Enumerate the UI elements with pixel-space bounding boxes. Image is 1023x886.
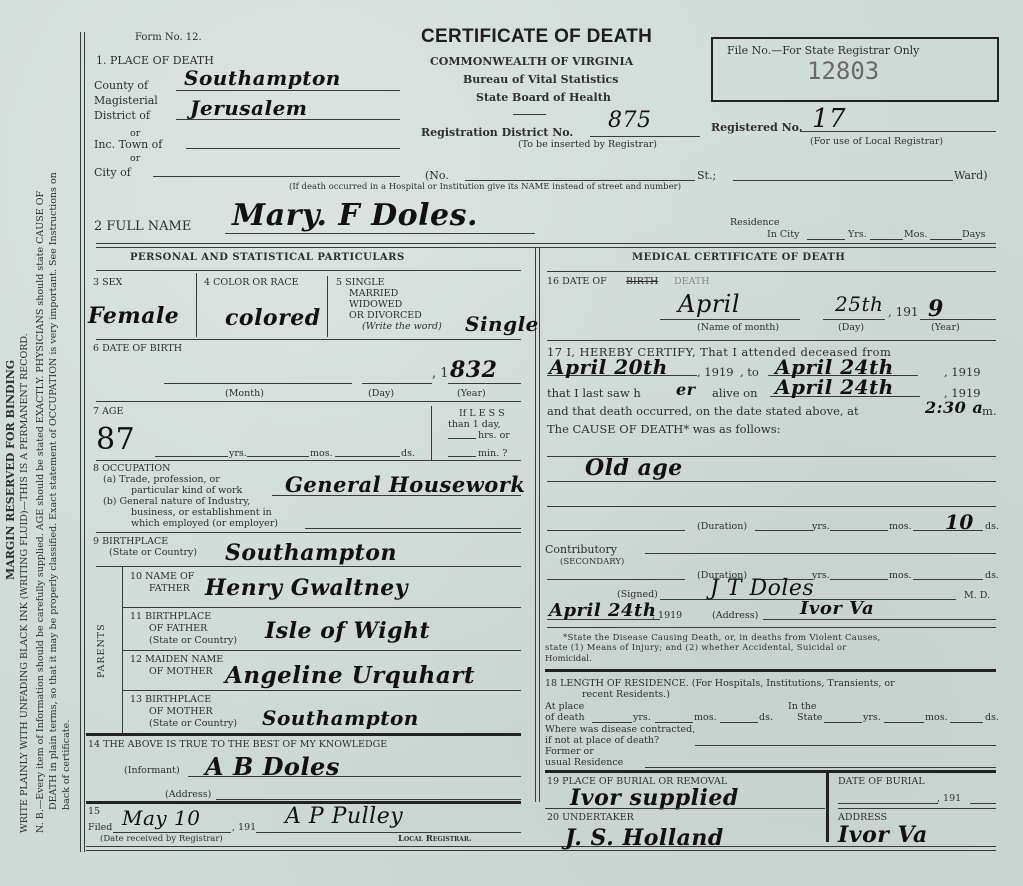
district-label: District of	[94, 110, 150, 122]
at-place-mos-line	[655, 722, 693, 723]
rule-below-name	[96, 243, 996, 244]
burial-date-label: DATE OF BURIAL	[838, 777, 925, 787]
footnote-line-2: state (1) Means of Injury; and (2) wheth…	[545, 644, 847, 653]
at-place-yrs-line	[592, 722, 632, 723]
signed-label: (Signed)	[617, 590, 658, 600]
mother-label-2: OF MOTHER	[149, 667, 213, 677]
age-mos-label: mos.	[310, 449, 333, 459]
border-left-outer	[80, 32, 81, 852]
secondary-ds-line	[913, 579, 983, 580]
residence-label: Residence	[730, 218, 779, 228]
signed-date-value[interactable]: April 24th	[549, 600, 656, 621]
occupation-a-2: particular kind of work	[131, 486, 242, 496]
filed-label: Filed	[88, 823, 112, 833]
residence-title-2: recent Residents.)	[582, 690, 670, 700]
duration-mos: mos.	[889, 522, 912, 532]
former-residence-2: usual Residence	[545, 758, 623, 768]
burial-date-line	[838, 803, 938, 804]
age-yrs-line	[155, 456, 228, 457]
registered-note: (For use of Local Registrar)	[810, 137, 943, 147]
reg-district-line	[590, 136, 700, 137]
reg-district-note: (To be inserted by Registrar)	[518, 140, 657, 150]
less-min-line	[448, 456, 476, 457]
dod-label: 16 DATE OF	[547, 277, 607, 287]
rule-above-footnote	[547, 627, 996, 628]
margin-nb-line1: N. B.—Every item of Information should b…	[35, 191, 46, 833]
magisterial-label: Magisterial	[94, 95, 158, 107]
father-label-2: FATHER	[149, 584, 190, 594]
dob-year-line	[448, 383, 521, 384]
rule-below-name-2	[96, 247, 996, 248]
less-than-4: min. ?	[478, 449, 507, 459]
filed-caption: (Date received by Registrar)	[100, 835, 223, 844]
in-state-ds: ds.	[985, 713, 999, 723]
age-less-divider	[431, 406, 432, 460]
burial-year-line	[970, 803, 996, 804]
md-label: M. D.	[964, 591, 990, 601]
residence-mos-label: Mos.	[904, 230, 927, 240]
dob-month-line	[164, 383, 352, 384]
death-time-value[interactable]: 2:30 a	[925, 398, 983, 417]
physician-address-line	[763, 619, 996, 620]
last-saw-date[interactable]: April 24th	[775, 375, 894, 399]
color-marital-divider	[327, 276, 328, 337]
informant-label: (Informant)	[124, 766, 180, 776]
attended-from-value[interactable]: April 20th	[549, 355, 668, 379]
at-place-ds: ds.	[759, 713, 773, 723]
death-certificate: MARGIN RESERVED FOR BINDING WRITE PLAINL…	[0, 0, 1023, 886]
ward-label: Ward)	[954, 170, 988, 182]
filed-year: , 191	[232, 823, 256, 833]
sex-label: 3 SEX	[93, 278, 122, 288]
rule-below-age	[96, 460, 521, 461]
file-number-stamp: 12803	[807, 65, 879, 77]
filed-date-line	[113, 832, 231, 833]
marital-label-3: WIDOWED	[349, 300, 402, 310]
age-mos-line	[247, 456, 309, 457]
full-name-value[interactable]: Mary. F Doles.	[232, 198, 478, 233]
hospital-note: (If death occurred in a Hospital or Inst…	[289, 183, 681, 192]
sex-value[interactable]: Female	[88, 303, 179, 329]
color-value[interactable]: colored	[225, 305, 321, 331]
full-name-label: 2 FULL NAME	[94, 221, 191, 233]
mother-bp-1: 13 BIRTHPLACE	[130, 695, 211, 705]
age-ds-line	[335, 456, 400, 457]
filed-number: 15	[88, 807, 100, 817]
former-residence-1: Former or	[545, 747, 594, 757]
informant-value[interactable]: A B Doles	[205, 752, 340, 781]
to-label: , to	[740, 366, 759, 378]
mother-birthplace-value[interactable]: Southampton	[262, 706, 419, 730]
in-state-mos: mos.	[925, 713, 948, 723]
informant-address-line	[216, 799, 521, 800]
father-bp-1: 11 BIRTHPLACE	[130, 612, 211, 622]
residence-mos-line	[870, 239, 903, 240]
at-place-mos: mos.	[694, 713, 717, 723]
street-label: St.;	[697, 170, 716, 182]
residence-title-1: 18 LENGTH OF RESIDENCE. (For Hospitals, …	[545, 679, 895, 689]
registered-no-value[interactable]: 17	[812, 104, 846, 134]
residence-days-label: Days	[962, 230, 986, 240]
duration-cause-line	[547, 530, 685, 531]
contributory-line	[645, 553, 996, 554]
undertaker-address-value[interactable]: Ivor Va	[838, 822, 928, 848]
rule-below-burial-date	[838, 808, 996, 809]
death-time-m: m.	[982, 405, 997, 417]
registered-no-label: Registered No.	[711, 122, 803, 134]
rule-below-dob	[96, 401, 521, 402]
marital-label-2: MARRIED	[349, 289, 398, 299]
footnote-line-1: *State the Disease Causing Death, or, in…	[563, 634, 881, 643]
form-number: Form No. 12.	[135, 32, 202, 44]
at-place-label-2: of death	[545, 713, 585, 723]
secondary-ds: ds.	[985, 571, 999, 581]
rule-below-father	[122, 607, 521, 608]
occupation-a-1: (a) Trade, profession, or	[103, 475, 220, 485]
dod-year-value[interactable]: 9	[928, 296, 944, 322]
medical-section-title: MEDICAL CERTIFICATE OF DEATH	[632, 252, 845, 264]
rule-below-birthplace	[96, 566, 521, 567]
physician-address-value[interactable]: Ivor Va	[800, 598, 874, 619]
undertaker-label: 20 UNDERTAKER	[547, 813, 634, 823]
in-state-yrs-line	[824, 722, 862, 723]
father-bp-2: OF FATHER	[149, 624, 207, 634]
county-label: County of	[94, 80, 148, 92]
true-knowledge-label: 14 THE ABOVE IS TRUE TO THE BEST OF MY K…	[88, 740, 387, 750]
birthplace-value[interactable]: Southampton	[225, 540, 397, 566]
birthplace-sub: (State or Country)	[109, 548, 197, 558]
parents-divider	[122, 566, 123, 736]
dod-month-caption: (Name of month)	[697, 323, 779, 333]
at-place-yrs: yrs.	[633, 713, 651, 723]
less-hrs-line	[448, 438, 476, 439]
mother-name-value[interactable]: Angeline Urquhart	[225, 662, 475, 689]
attended-to-year: , 1919	[944, 366, 981, 378]
dod-day-line	[823, 319, 885, 320]
birthplace-label: 9 BIRTHPLACE	[93, 537, 168, 547]
rule-below-mother	[122, 690, 521, 691]
burial-place-line	[545, 808, 825, 809]
mother-bp-3: (State or Country)	[149, 719, 237, 729]
contracted-label-1: Where was disease contracted,	[545, 725, 695, 735]
rule-below-father-bp	[122, 650, 521, 651]
margin-binding-text: MARGIN RESERVED FOR BINDING	[4, 360, 17, 580]
occupation-b-3: which employed (or employer)	[131, 519, 278, 529]
marital-label-1: 5 SINGLE	[336, 278, 384, 288]
age-yrs-label: yrs.	[229, 449, 247, 459]
former-residence-line	[645, 767, 996, 768]
registrar-line	[256, 832, 521, 833]
street-no-line	[465, 180, 695, 181]
dod-month-line	[660, 319, 800, 320]
residence-yrs-label: Yrs.	[848, 230, 867, 240]
residence-days-line	[930, 239, 962, 240]
dob-day-line	[362, 383, 432, 384]
duration-yrs-line	[755, 530, 813, 531]
burial-date-year: , 191	[937, 794, 961, 804]
duration-label: (Duration)	[697, 522, 747, 532]
age-ds-label: ds.	[401, 449, 415, 459]
cause-line-2	[547, 481, 996, 482]
dob-day-caption: (Day)	[368, 389, 394, 399]
occupation-b-line	[305, 528, 521, 529]
cause-of-death-label: The CAUSE OF DEATH* was as follows:	[547, 423, 780, 435]
center-divider-b	[539, 247, 540, 802]
county-line	[176, 90, 400, 91]
residence-yrs-line	[807, 239, 845, 240]
last-saw-pronoun[interactable]: er	[676, 380, 696, 399]
rule-above-residence	[545, 669, 996, 672]
physician-address-label: (Address)	[712, 611, 758, 621]
father-name-value[interactable]: Henry Gwaltney	[205, 575, 408, 601]
secondary-yrs: yrs.	[812, 571, 830, 581]
personal-title-rule	[96, 270, 521, 271]
city-label: City of	[94, 167, 131, 179]
registrar-signature[interactable]: A P Pulley	[285, 804, 403, 829]
registration-district-value[interactable]: 875	[608, 108, 652, 133]
in-state-label-2: State	[797, 713, 822, 723]
parents-label: PARENTS	[96, 623, 107, 678]
duration-yrs: yrs.	[812, 522, 830, 532]
full-name-line	[225, 233, 535, 234]
occupation-label: 8 OCCUPATION	[93, 464, 170, 474]
in-state-yrs: yrs.	[863, 713, 881, 723]
occupation-b-1: (b) General nature of Industry,	[103, 497, 250, 507]
bureau-label: Bureau of Vital Statistics	[463, 74, 618, 86]
secondary-mos-line	[830, 579, 888, 580]
county-value[interactable]: Southampton	[184, 66, 341, 90]
rule-above-informant	[86, 733, 521, 736]
color-label: 4 COLOR OR RACE	[204, 278, 299, 288]
bottom-rule-2	[86, 850, 996, 851]
dod-year-caption: (Year)	[931, 323, 960, 333]
contracted-label-2: if not at place of death?	[545, 736, 659, 746]
board-label: State Board of Health	[476, 92, 611, 104]
dod-death-label: DEATH	[674, 277, 710, 287]
at-place-label-1: At place	[545, 702, 584, 712]
father-bp-3: (State or Country)	[149, 636, 237, 646]
margin-ink-text: WRITE PLAINLY WITH UNFADING BLACK INK (W…	[19, 333, 30, 833]
in-state-label-1: In the	[788, 702, 816, 712]
rule-below-occupation	[96, 532, 521, 533]
certificate-title: CERTIFICATE OF DEATH	[421, 31, 652, 43]
less-than-2: than 1 day,	[448, 420, 501, 430]
physician-signature[interactable]: J T Doles	[710, 576, 814, 601]
secondary-mos: mos.	[889, 571, 912, 581]
contributory-label: Contributory	[545, 544, 617, 556]
registrar-caption: Local Registrar.	[398, 835, 472, 844]
age-value[interactable]: 87	[96, 422, 135, 457]
marital-value[interactable]: Single	[465, 312, 539, 336]
town-line	[186, 148, 400, 149]
dob-year-value[interactable]: 832	[450, 357, 497, 383]
filed-date-value[interactable]: May 10	[122, 806, 201, 830]
at-place-ds-line	[720, 722, 758, 723]
occupation-b-2: business, or establishment in	[131, 508, 272, 518]
dob-label: 6 DATE OF BIRTH	[93, 344, 182, 354]
street-no-label: (No.	[425, 170, 449, 182]
attended-from-year: , 1919	[697, 366, 734, 378]
last-saw-text-1: that I last saw h	[547, 387, 641, 399]
marital-label-4: OR DIVORCED	[349, 311, 422, 321]
dod-day-caption: (Day)	[838, 323, 864, 333]
informant-address-label: (Address)	[165, 790, 211, 800]
margin-nb-line3: back of certificate.	[61, 720, 72, 810]
age-label: 7 AGE	[93, 407, 123, 417]
rule-above-burial	[545, 770, 996, 773]
father-label-1: 10 NAME OF	[130, 572, 194, 582]
sex-color-divider	[196, 273, 197, 337]
burial-divider	[826, 772, 829, 842]
medical-title-rule	[547, 271, 996, 272]
secondary-label: (SECONDARY)	[560, 558, 624, 567]
cause-line-3	[547, 506, 996, 507]
dob-year-caption: (Year)	[457, 389, 486, 399]
duration-ds-value[interactable]: 10	[945, 510, 974, 534]
in-state-mos-line	[884, 722, 924, 723]
undertaker-value[interactable]: J. S. Holland	[565, 825, 724, 851]
file-box-label: File No.—For State Registrar Only	[727, 45, 919, 57]
border-left-inner	[84, 32, 85, 852]
district-value[interactable]: Jerusalem	[190, 96, 307, 120]
dod-year-prefix: , 191	[888, 306, 919, 318]
dod-month-value[interactable]: April	[678, 290, 740, 318]
duration-ds: ds.	[985, 522, 999, 532]
file-number-box: File No.—For State Registrar Only 12803	[711, 37, 999, 102]
dod-struck-birth: BIRTH	[626, 277, 658, 287]
mother-bp-2: OF MOTHER	[149, 707, 213, 717]
father-birthplace-value[interactable]: Isle of Wight	[265, 618, 430, 644]
ward-line	[733, 180, 953, 181]
city-line	[153, 176, 400, 177]
margin-nb-line2: DEATH in plain terms, so that it may be …	[48, 172, 59, 810]
cause-of-death-value[interactable]: Old age	[585, 455, 683, 481]
dob-month-caption: (Month)	[225, 389, 264, 399]
rule-below-sex	[96, 339, 521, 340]
occupation-value[interactable]: General Housework	[285, 472, 525, 497]
dob-year-prefix: , 1	[432, 368, 449, 380]
or-label-2: or	[130, 154, 140, 164]
in-state-ds-line	[950, 722, 983, 723]
contracted-line	[695, 745, 996, 746]
registration-district-label: Registration District No.	[421, 127, 573, 139]
less-than-3: hrs. or	[478, 431, 510, 441]
secondary-duration-line	[547, 579, 685, 580]
header-rule	[513, 114, 546, 115]
in-city-label: In City	[767, 230, 799, 240]
less-than-1: If L E S S	[459, 409, 505, 419]
dod-day-value[interactable]: 25th	[835, 292, 883, 316]
personal-section-title: PERSONAL AND STATISTICAL PARTICULARS	[130, 252, 405, 264]
last-saw-text-2: alive on	[712, 387, 758, 399]
commonwealth-label: COMMONWEALTH OF VIRGINIA	[430, 56, 633, 68]
mother-label-1: 12 MAIDEN NAME	[130, 655, 223, 665]
rule-below-dod	[547, 340, 996, 341]
footnote-line-3: Homicidal.	[545, 655, 592, 664]
duration-mos-line	[830, 530, 888, 531]
signed-year: , 1919	[652, 611, 682, 621]
marital-label-5: (Write the word)	[362, 322, 442, 332]
town-label: Inc. Town of	[94, 139, 162, 151]
death-occurred-text: and that death occurred, on the date sta…	[547, 405, 859, 417]
